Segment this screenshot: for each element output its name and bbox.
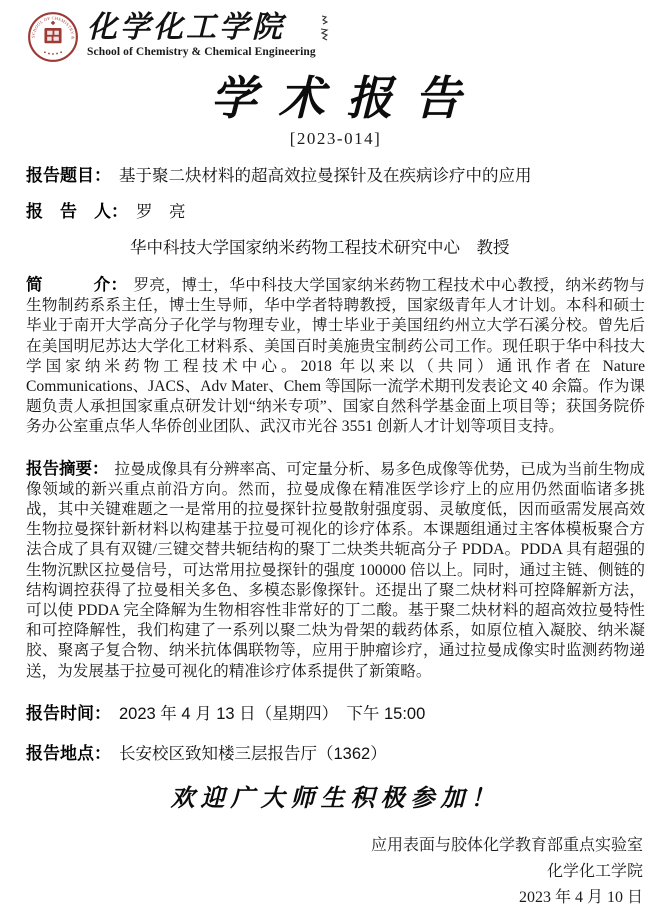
footer-date: 2023 年 4 月 10 日 — [26, 885, 643, 911]
school-name-block: 化学化工学院 School of Chemistry & Chemical En… — [87, 7, 316, 59]
footer-lab-name: 应用表面与胶体化学教育部重点实验室 — [26, 833, 643, 859]
topic-value: 基于聚二炔材料的超高效拉曼探针及在疾病诊疗中的应用 — [119, 165, 532, 187]
affiliation-row: 华中科技大学国家纳米药物工程技术研究中心 教授 — [130, 237, 645, 259]
time-value: 2023 年 4 月 13 日（星期四） 下午 15:00 — [119, 703, 425, 725]
venue-label: 报告地点： — [26, 743, 111, 765]
topic-row: 报告题目： 基于聚二炔材料的超高效拉曼探针及在疾病诊疗中的应用 — [26, 165, 645, 187]
academic-report-poster: SCHOOL OF CHEMISTRY & CHEMICAL ENGINEERI… — [0, 0, 671, 912]
school-name-cn: 化学化工学院 — [87, 11, 316, 45]
topic-label: 报告题目： — [26, 165, 111, 187]
speaker-value: 罗 亮 — [136, 201, 186, 223]
welcome-line: 欢迎广大师生积极参加！ — [26, 783, 645, 815]
intro-label: 简 介： — [26, 276, 127, 294]
speaker-label: 报 告 人： — [26, 201, 128, 223]
footer-signature: 应用表面与胶体化学教育部重点实验室 化学化工学院 2023 年 4 月 10 日 — [26, 833, 645, 911]
venue-row: 报告地点： 长安校区致知楼三层报告厅（1362） — [26, 743, 645, 765]
calligrapher-signature-mark — [318, 13, 330, 47]
abstract-label: 报告摘要： — [26, 460, 109, 478]
school-seal-icon: SCHOOL OF CHEMISTRY & CHEMICAL ENGINEERI… — [26, 9, 80, 65]
intro-text: 罗亮，博士，华中科技大学国家纳米药物工程技术中心教授，纳米药物与生物制药系系主任… — [26, 277, 645, 435]
footer-school-name: 化学化工学院 — [26, 859, 643, 885]
speaker-row: 报 告 人： 罗 亮 — [26, 201, 645, 223]
school-name-en: School of Chemistry & Chemical Engineeri… — [87, 45, 316, 59]
abstract-paragraph: 报告摘要：拉曼成像具有分辨率高、可定量分析、易多色成像等优势，已成为当前生物成像… — [26, 459, 645, 682]
speaker-affiliation: 华中科技大学国家纳米药物工程技术研究中心 教授 — [130, 237, 510, 259]
abstract-text: 拉曼成像具有分辨率高、可定量分析、易多色成像等优势，已成为当前生物成像领域的新兴… — [26, 461, 645, 680]
header: SCHOOL OF CHEMISTRY & CHEMICAL ENGINEERI… — [26, 7, 645, 67]
time-row: 报告时间： 2023 年 4 月 13 日（星期四） 下午 15:00 — [26, 703, 645, 725]
page-title: 学术报告 — [26, 71, 645, 127]
speaker-intro-paragraph: 简 介：罗亮，博士，华中科技大学国家纳米药物工程技术中心教授，纳米药物与生物制药… — [26, 275, 645, 438]
report-number: [2023-014] — [26, 129, 645, 149]
venue-value: 长安校区致知楼三层报告厅（1362） — [119, 743, 387, 765]
time-label: 报告时间： — [26, 703, 111, 725]
